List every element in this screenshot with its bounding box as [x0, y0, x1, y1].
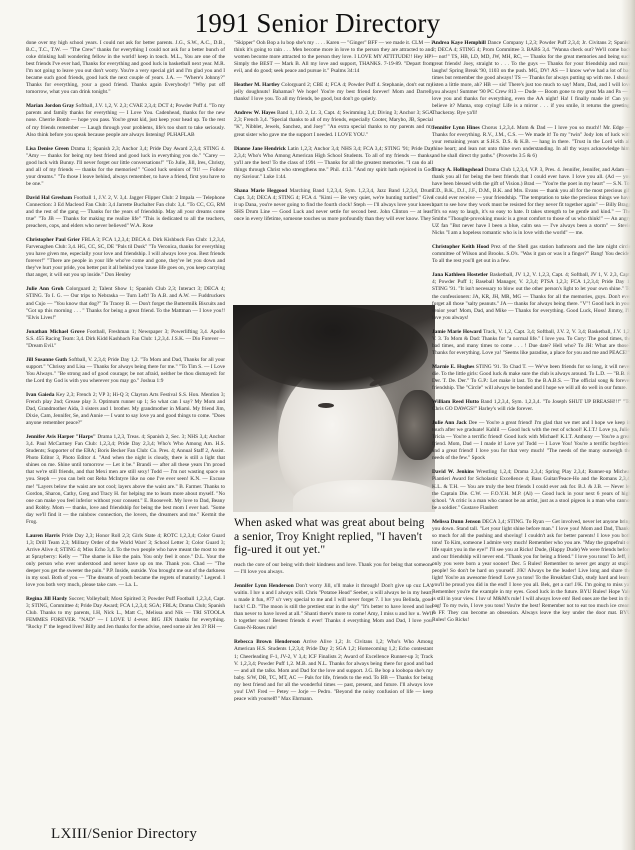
entry-text: Key 2,3; French 2; VP 3; Hi-Q 3; Clayton… [26, 392, 225, 426]
directory-entry: Tracy A. Hollingshead Drama Club 1,2,3,4… [432, 167, 631, 237]
student-name: Andrew W. Hayes [234, 110, 275, 116]
student-name: Christopher Keith Hood [432, 244, 489, 250]
entry-text: DECA 3,4; STING. To Ryan — Get involved,… [432, 519, 631, 624]
photo-hand [293, 480, 435, 512]
photo-eye [318, 403, 334, 408]
student-name: Ivan Gaieda [26, 392, 54, 398]
student-name: David W. Jenkins [432, 469, 474, 475]
student-name: Shana Marie Heggood [234, 188, 287, 194]
student-name: Jennifer Avis Harper "Harps" [26, 434, 96, 440]
directory-entry: Dianne Jane Hendrick Latin 1,2,3; Anchor… [234, 146, 433, 181]
student-name: Marnie E. Hughes [432, 364, 474, 370]
entry-text: FBLA 3; FCA 1,2,3,4; DECA 4. Dirk Kishbu… [26, 237, 225, 278]
student-name: Jonathan Michael Grove [26, 329, 85, 335]
directory-entry: Lisa Denise Green Drama 1; Spanish 2,3; … [26, 146, 225, 188]
photo-hand-shadow [398, 390, 435, 460]
entry-text: Drama 1,2,3, Treas. 4; Spanish 2, Sec. 3… [26, 434, 225, 525]
directory-entry: Christopher Paul Grier FBLA 3; FCA 1,2,3… [26, 237, 225, 279]
directory-entry: Lauren Harris Pride Day 2,3; Honor Roll … [26, 533, 225, 589]
directory-entry: Julie Ann Jack Dee — You're a great frie… [432, 420, 631, 462]
student-name: Jana Kathleen Hostetler [432, 272, 488, 278]
entry-text: Dee — You're a great friend! I'm glad th… [432, 420, 631, 461]
student-name: Julie Ann Groh [26, 286, 63, 292]
student-name: Julie Ann Jack [432, 420, 467, 426]
directory-entry: Jonathan Michael Grove Football, Freshma… [26, 329, 225, 350]
student-name: Heather M. Hartley [234, 82, 280, 88]
entry-text: Dance Company 1,2,3; Powder Puff 2,3,4; … [432, 40, 631, 116]
directory-entry: Jana Kathleen Hostetler Basketball, JV 1… [432, 272, 631, 321]
student-name: Marian Jordon Gray [26, 103, 74, 109]
student-name: Andrea Kaye Hemphill [432, 40, 486, 46]
student-name: Jamie Marie Howard [432, 329, 482, 335]
student-name: Lauren Harris [26, 533, 60, 539]
directory-entry: Andrea Kaye Hemphill Dance Company 1,2,3… [432, 40, 631, 118]
entry-text: done over my high school years. I could … [26, 40, 225, 95]
student-name: Rebecca Brown Henderson [234, 639, 300, 645]
directory-entry: reach the core of our being with their k… [234, 562, 433, 576]
entry-text: Arrive Alive 1,2; Jr. Civitans 1,2; Who'… [234, 639, 433, 701]
directory-entry: Rebecca Brown Henderson Arrive Alive 1,2… [234, 639, 433, 702]
student-name: Melissa Dunn Jenson [432, 519, 481, 525]
directory-entry: Christopher Keith Hood Prez of the Shell… [432, 244, 631, 265]
directory-entry: Jamie Marie Howard Track, V. 1,2, Capt. … [432, 329, 631, 357]
directory-entry: Jill Susanne Guth Softball, V. 2,3,4; Pr… [26, 357, 225, 385]
student-name: Jennifer Lynn Hines [432, 125, 480, 131]
entry-text: Drama 1; Spanish 2,3; Anchor 3,4; Pride … [26, 146, 225, 187]
page-binding-edge [621, 0, 635, 850]
directory-column-middle: "Skipper" Ooh Bop a lu bop she's my . . … [234, 40, 433, 230]
entry-text: Basketball, JV 1,2, V. 1,2,3, Capt. 4; S… [432, 272, 631, 320]
entry-text: Drama Club 1,2,3,4, V.P. 3, Pres. 4. Jen… [432, 167, 631, 236]
entry-text: Pride Day 2,3; Honor Roll 2,3; Girls Sta… [26, 533, 225, 588]
directory-column-left: done over my high school years. I could … [26, 40, 225, 638]
page-footer: LXIII/Senior Directory [51, 826, 197, 843]
directory-entry: Marnie E. Hughes STING '91. To Chad T. —… [432, 364, 631, 392]
student-name: David Hal Gresham [26, 195, 72, 201]
photo-caption: When asked what was great about being a … [234, 516, 430, 557]
senior-portrait-photo [233, 305, 435, 512]
directory-entry: Julie Ann Groh Colorguard 2; Talent Show… [26, 286, 225, 321]
directory-entry: Heather M. Hartley Colorguard 2; CBE 4; … [234, 82, 433, 103]
directory-entry: Ivan Gaieda Key 2,3; French 2; VP 3; Hi-… [26, 392, 225, 427]
entry-text: Don't worry Jill, u'll make it through! … [234, 583, 433, 631]
student-name: Christopher Paul Grier [26, 237, 80, 243]
student-name: Lisa Denise Green [26, 146, 69, 152]
student-name: Tracy A. Hollingshead [432, 167, 483, 173]
directory-column-right: Andrea Kaye Hemphill Dance Company 1,2,3… [432, 40, 631, 631]
student-name: Regina Jill Hardy [26, 596, 67, 602]
directory-entry: Jennifer Lynn Henderson Don't worry Jill… [234, 583, 433, 632]
entry-text: Wrestling 1,2,4; Drama 2,3,4; Spring Pla… [432, 469, 631, 510]
directory-entry: done over my high school years. I could … [26, 40, 225, 96]
directory-entry: Jennifer Lynn Hines Chorus 1,2,3,4. Mom … [432, 125, 631, 160]
directory-entry: "Skipper" Ooh Bop a lu bop she's my . . … [234, 40, 433, 75]
student-name: Jennifer Lynn Henderson [234, 583, 294, 589]
student-name: Jill Susanne Guth [26, 357, 67, 363]
directory-entry: David Hal Gresham Football 1, J.V. 2, V.… [26, 195, 225, 230]
directory-entry: Regina Jill Hardy Soccer; Volleyball; Mo… [26, 596, 225, 631]
directory-entry: Shana Marie Heggood Marching Band 1,2,3,… [234, 188, 433, 223]
student-name: Dianne Jane Hendrick [234, 146, 286, 152]
directory-entry: Marian Jordon Gray Softball, J.V. 1,2, V… [26, 103, 225, 138]
directory-column-middle-lower: reach the core of our being with their k… [234, 562, 433, 710]
yearbook-page: 1991 Senior Directory done over my high … [0, 0, 635, 850]
page-title: 1991 Senior Directory [0, 8, 635, 39]
directory-entry: David W. Jenkins Wrestling 1,2,4; Drama … [432, 469, 631, 511]
student-name: William Reed Hutto [432, 399, 479, 405]
entry-text: "Skipper" Ooh Bop a lu bop she's my . . … [234, 40, 433, 74]
directory-entry: William Reed Hutto Band 1,2,3,4, Sym. 1,… [432, 399, 631, 413]
entry-text: reach the core of our being with their k… [234, 562, 433, 575]
directory-entry: Jennifer Avis Harper "Harps" Drama 1,2,3… [26, 434, 225, 526]
directory-entry: Andrew W. Hayes Band 1, J.O. 2, Lt. 3, C… [234, 110, 433, 138]
directory-entry: Melissa Dunn Jenson DECA 3,4; STING. To … [432, 519, 631, 625]
